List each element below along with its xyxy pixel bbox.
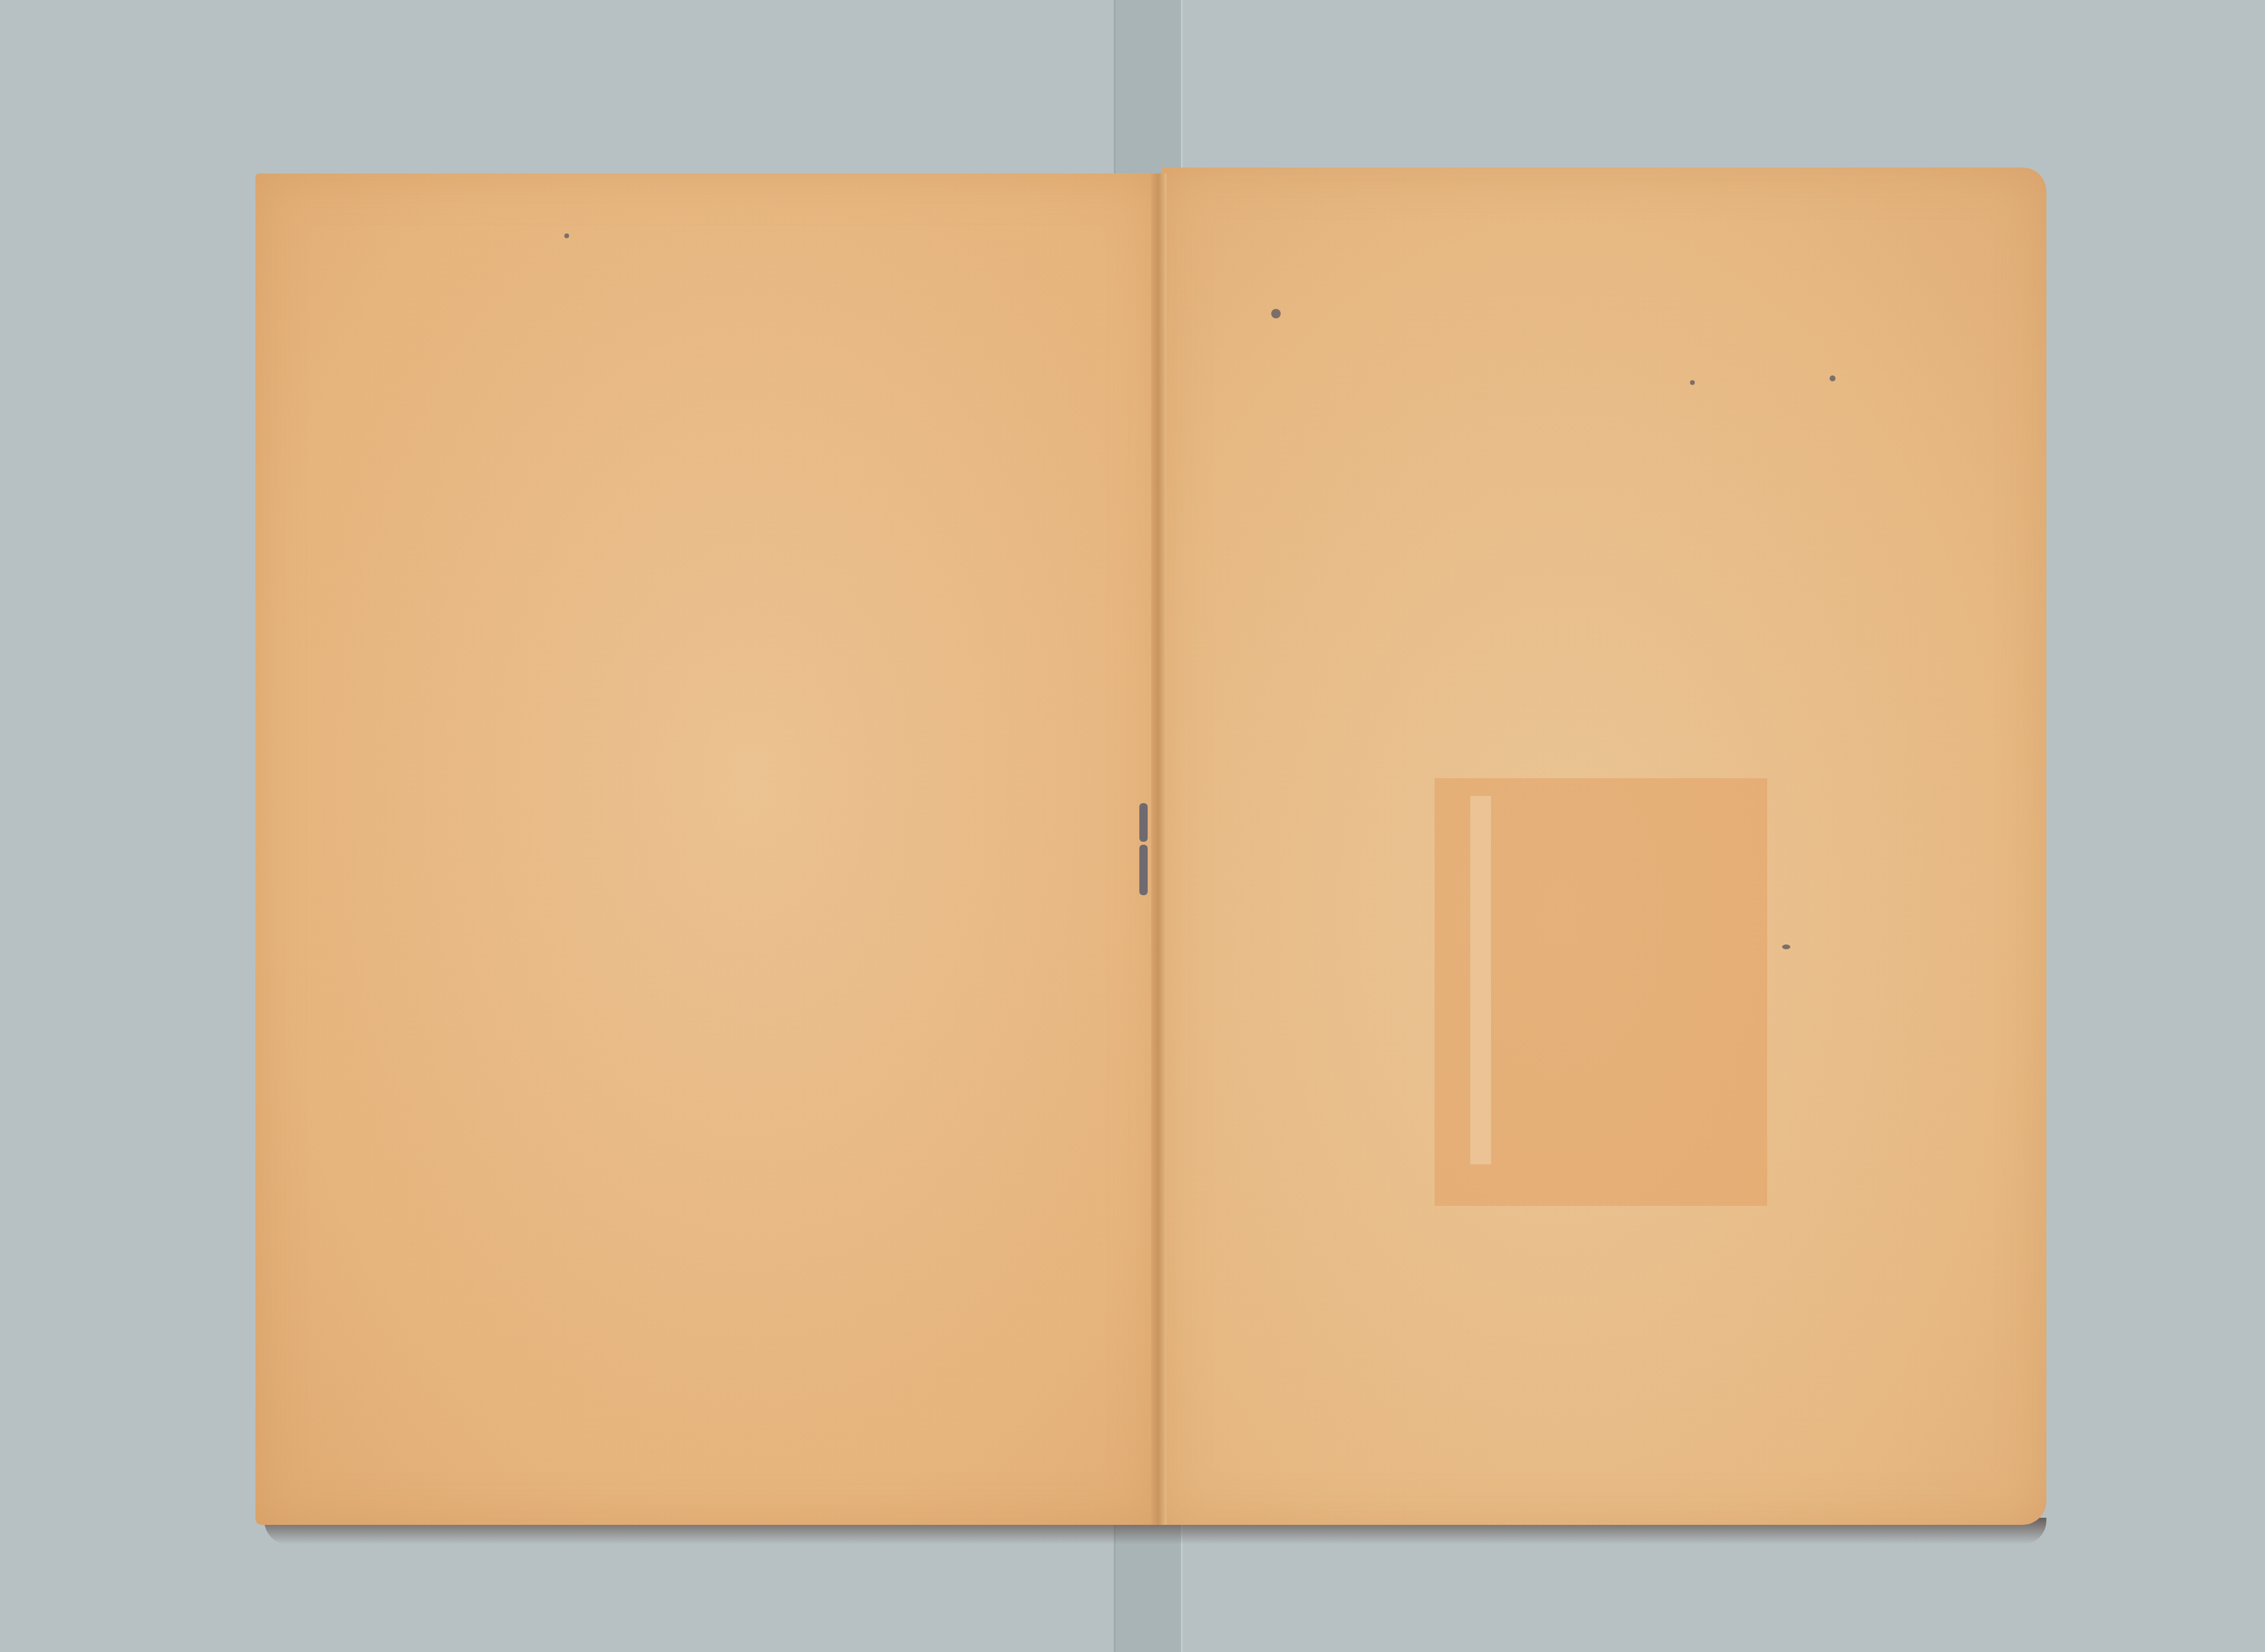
left-page bbox=[255, 173, 1158, 1525]
dust-speck bbox=[1690, 380, 1695, 385]
dust-speck bbox=[1830, 375, 1836, 381]
booklet-spine bbox=[1151, 173, 1167, 1525]
dust-speck bbox=[1782, 945, 1790, 949]
dust-speck bbox=[1271, 309, 1281, 318]
dust-speck bbox=[564, 233, 569, 238]
staple-top bbox=[1139, 803, 1148, 842]
water-stain-gap bbox=[1470, 796, 1491, 1164]
staple-bottom bbox=[1139, 845, 1148, 895]
